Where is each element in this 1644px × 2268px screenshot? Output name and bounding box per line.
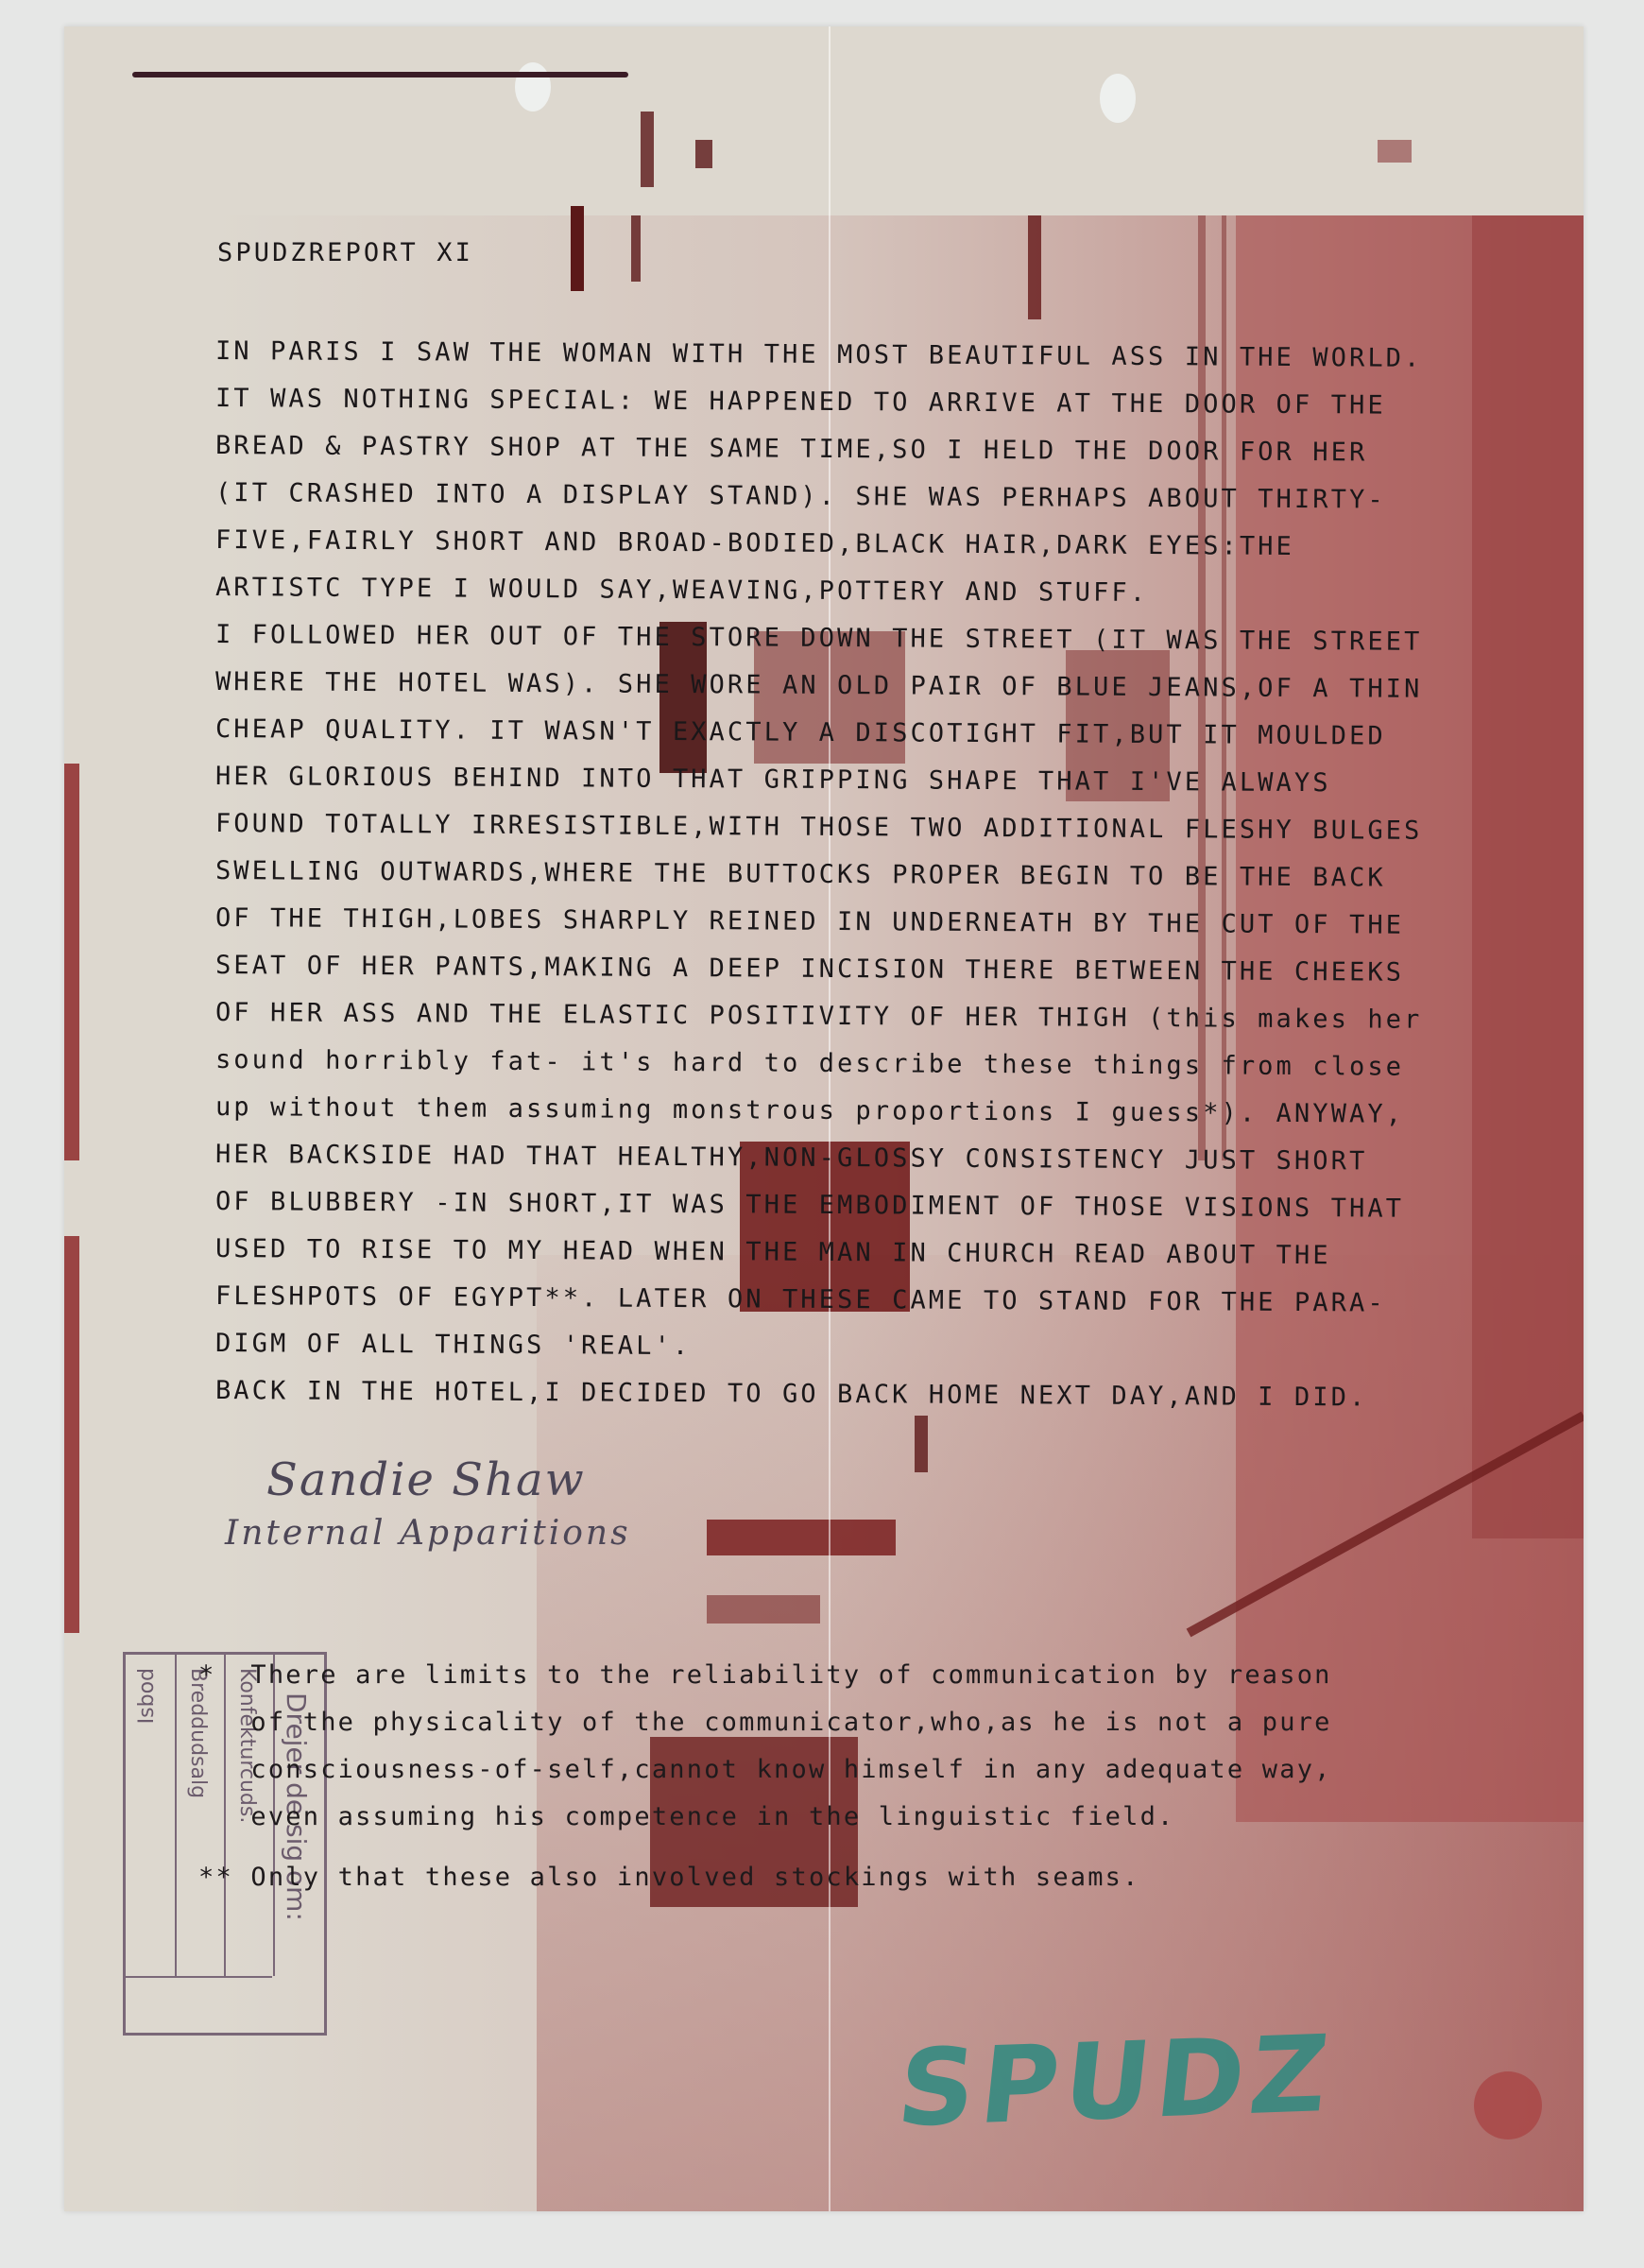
footnotes: * There are limits to the reliability of… — [198, 1652, 1332, 1901]
album-title: Internal Apparitions — [225, 1514, 631, 1553]
document-sheet: SPUDZREPORT XI IN PARIS I SAW THE WOMAN … — [64, 26, 1584, 2211]
body-line: FIVE,FAIRLY SHORT AND BROAD-BODIED,BLACK… — [215, 517, 1423, 572]
body-line: USED TO RISE TO MY HEAD WHEN THE MAN IN … — [215, 1226, 1423, 1280]
body-line: DIGM OF ALL THINGS 'REAL'. — [215, 1320, 1423, 1375]
stamp-label: Isbod — [135, 1668, 159, 1724]
body-line: HER BACKSIDE HAD THAT HEALTHY,NON-GLOSSY… — [215, 1131, 1423, 1186]
body-line: BREAD & PASTRY SHOP AT THE SAME TIME,SO … — [215, 422, 1423, 477]
body-line: HER GLORIOUS BEHIND INTO THAT GRIPPING S… — [215, 753, 1423, 808]
body-line: CHEAP QUALITY. IT WASN'T EXACTLY A DISCO… — [215, 706, 1423, 761]
body-line: SEAT OF HER PANTS,MAKING A DEEP INCISION… — [215, 942, 1423, 997]
body-line: IT WAS NOTHING SPECIAL: WE HAPPENED TO A… — [215, 375, 1423, 430]
body-line: up without them assuming monstrous propo… — [215, 1084, 1423, 1139]
body-line: OF BLUBBERY -IN SHORT,IT WAS THE EMBODIM… — [215, 1178, 1423, 1233]
punch-hole — [515, 62, 551, 112]
footnote-line: even assuming his competence in the ling… — [198, 1794, 1332, 1841]
report-body: IN PARIS I SAW THE WOMAN WITH THE MOST B… — [215, 328, 1422, 1415]
footnote-line: * There are limits to the reliability of… — [198, 1652, 1332, 1699]
header-rule — [132, 72, 628, 77]
stamp-column: Isbod — [126, 1655, 177, 1976]
artist-name: Sandie Shaw — [266, 1453, 631, 1506]
body-line: FOUND TOTALLY IRRESISTIBLE,WITH THOSE TW… — [215, 800, 1423, 855]
footnote-line: of the physicality of the communicator,w… — [198, 1699, 1332, 1746]
punch-hole — [1100, 74, 1136, 123]
body-line: OF HER ASS AND THE ELASTIC POSITIVITY OF… — [215, 989, 1423, 1044]
body-line: WHERE THE HOTEL WAS). SHE WORE AN OLD PA… — [215, 659, 1423, 713]
body-line: I FOLLOWED HER OUT OF THE STORE DOWN THE… — [215, 611, 1423, 666]
body-line: OF THE THIGH,LOBES SHARPLY REINED IN UND… — [215, 895, 1423, 950]
document-title: SPUDZREPORT XI — [217, 238, 473, 267]
footnote-line: ** Only that these also involved stockin… — [198, 1854, 1332, 1901]
body-line: ARTISTC TYPE I WOULD SAY,WEAVING,POTTERY… — [215, 564, 1423, 619]
body-line: SWELLING OUTWARDS,WHERE THE BUTTOCKS PRO… — [215, 848, 1423, 902]
body-line: IN PARIS I SAW THE WOMAN WITH THE MOST B… — [215, 328, 1423, 383]
body-line: FLESHPOTS OF EGYPT**. LATER ON THESE CAM… — [215, 1273, 1423, 1328]
footnote-line: consciousness-of-self,cannot know himsel… — [198, 1746, 1332, 1794]
body-line: sound horribly fat- it's hard to describ… — [215, 1037, 1423, 1091]
body-line: BACK IN THE HOTEL,I DECIDED TO GO BACK H… — [215, 1367, 1423, 1422]
handwritten-signature: SPUDZ — [892, 2013, 1340, 2151]
body-line: (IT CRASHED INTO A DISPLAY STAND). SHE W… — [215, 470, 1423, 524]
signature-block: Sandie Shaw Internal Apparitions — [225, 1453, 631, 1553]
stamp-divider — [126, 1976, 272, 1978]
